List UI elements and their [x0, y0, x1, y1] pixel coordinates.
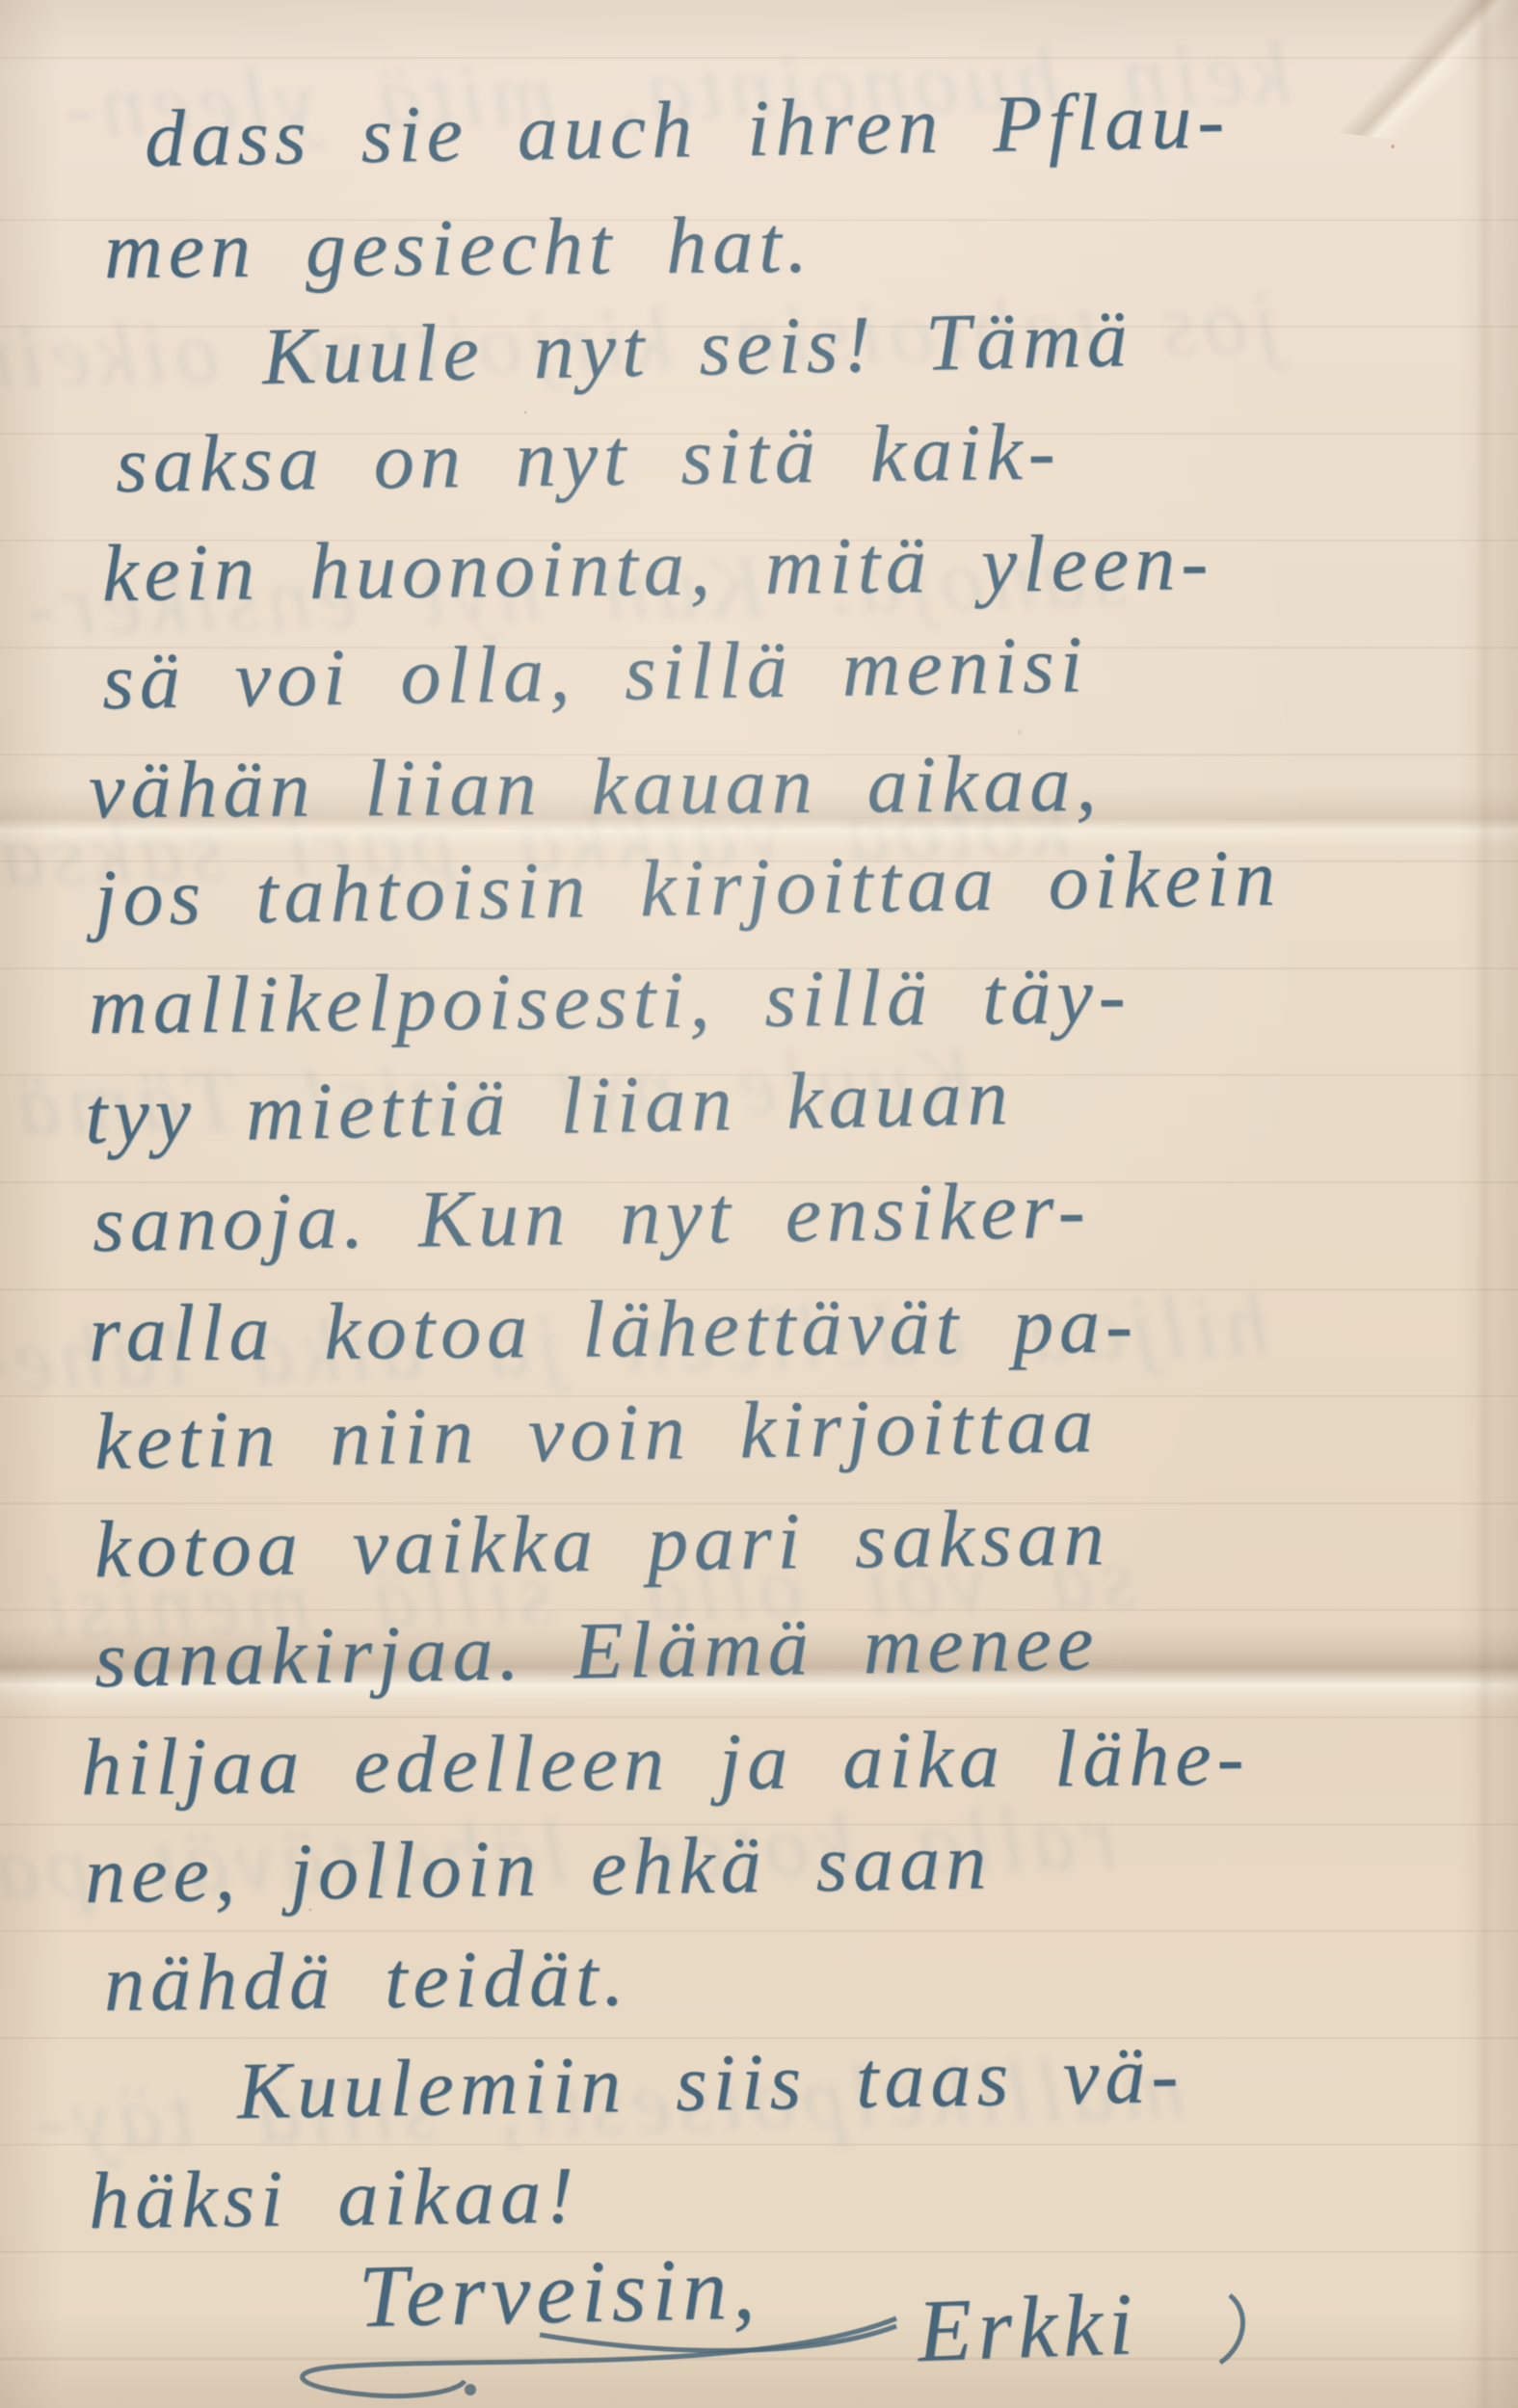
handwritten-line: ralla kotoa lähettävät pa-: [89, 1278, 1139, 1380]
handwritten-line: Kuule nyt seis! Tämä: [261, 292, 1133, 404]
handwritten-line: sä voi olla, sillä menisi: [101, 618, 1089, 728]
handwritten-line: kein huonointa, mitä yleen-: [101, 516, 1213, 621]
handwritten-line: dass sie auch ihren Pflau-: [144, 73, 1231, 186]
handwritten-line: Kuulemiin siis taas vä-: [236, 2028, 1185, 2138]
handwritten-line: nähdä teidät.: [103, 1931, 629, 2030]
handwritten-line: mallikelpoisesti, sillä täy-: [88, 949, 1132, 1053]
handwritten-line: men gesiecht hat.: [104, 198, 813, 298]
handwritten-line: häksi aikaa!: [88, 2149, 579, 2248]
signature-flourish: [222, 2282, 1378, 2407]
letter-page: kein huonointa, mitä yleen- jos tahtoisi…: [0, 0, 1518, 2408]
handwritten-line: ketin niin voin kirjoittaa: [93, 1378, 1100, 1489]
handwritten-line: tyy miettiä liian kauan: [84, 1050, 1014, 1163]
handwriting-layer: dass sie auch ihren Pflau- men gesiecht …: [0, 0, 1518, 2408]
handwritten-line: nee, jolloin ehkä saan: [84, 1814, 993, 1922]
handwritten-line: hiljaa edelleen ja aika lähe-: [81, 1710, 1250, 1814]
handwritten-line: jos tahtoisin kirjoittaa oikein: [93, 832, 1281, 945]
handwritten-line: vähän liian kauan aikaa,: [89, 737, 1103, 837]
handwritten-line: sanakirjaa. Elämä menee: [93, 1596, 1100, 1707]
handwritten-line: saksa on nyt sitä kaik-: [115, 405, 1061, 512]
handwritten-line: kotoa vaikka pari saksan: [93, 1491, 1110, 1597]
handwritten-line: sanoja. Kun nyt ensiker-: [92, 1164, 1091, 1271]
